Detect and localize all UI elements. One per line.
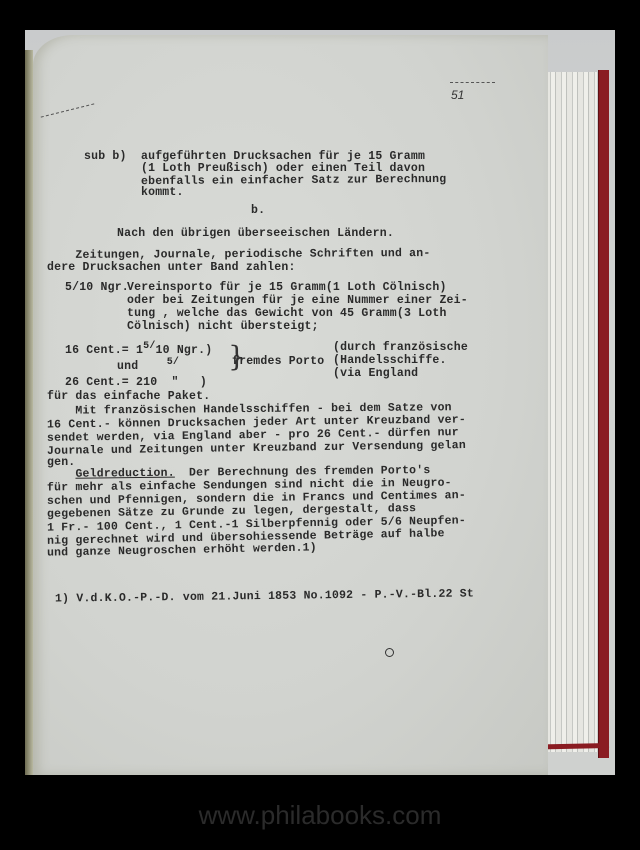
rate-label: 5/10 Ngr. [65,281,129,294]
postage-row-1: 16 Cent.= 15/10 Ngr.) [65,344,212,358]
postage-row-3-left: 26 Cent.= 2 [65,376,143,389]
postage-row-2: und 5/ [117,360,179,374]
section-subheading: Nach den übrigen überseeischen Ländern. [117,227,394,240]
intro-line-1: Zeitungen, Journale, periodische Schrift… [47,247,431,262]
page-edges [545,72,597,752]
postage-row-1-right: 10 Ngr.) [156,344,213,357]
postage-and: und [117,360,138,373]
sub-b-label: sub b) [84,150,127,163]
punch-mark [385,648,394,657]
sub-b-line-3: ebenfalls ein einfacher Satz zur Berechn… [141,173,446,188]
sub-b-line-4: kommt. [141,186,184,199]
postage-row-3-right: 10 " ) [143,376,207,389]
rate-line-4: Cölnisch) nicht übersteigt; [127,320,319,333]
rate-line-1: Vereinsporto für je 15 Gramm(1 Loth Cöln… [127,281,447,294]
book-cover-edge [598,70,609,758]
rate-line-3: tung , welche das Gewicht von 45 Gramm(3… [127,307,447,320]
para1-line-1: für das einfache Paket. [47,390,210,403]
watermark: www.philabooks.com [0,800,640,831]
postage-right-3: (via England [333,367,418,380]
postage-row-1-left: 16 Cent.= 1 [65,344,143,357]
page-number: 51 [451,88,464,102]
postage-row-2-fraction: 5/ [167,357,179,368]
postage-right-1: (durch französische [333,341,468,354]
postage-row-3: 26 Cent.= 210 " ) [65,376,207,389]
postage-row-1-fraction: 5/ [143,341,155,352]
geldreduction-title: Geldreduction. [75,467,175,481]
section-heading-b: b. [251,204,265,217]
spine-shadow [25,50,33,775]
rate-line-2: oder bei Zeitungen für je eine Nummer ei… [127,294,468,307]
pencil-mark [450,82,495,83]
postage-middle: fremdes Porto [232,355,324,368]
intro-line-2: dere Drucksachen unter Band zahlen: [47,261,296,274]
postage-right-2: (Handelsschiffe. [333,354,447,367]
